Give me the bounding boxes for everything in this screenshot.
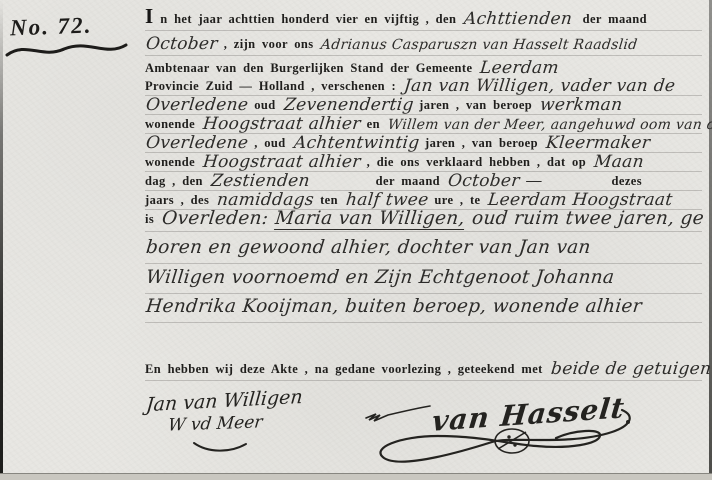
handwritten-age: Achtentwintig xyxy=(293,133,421,153)
akte-line: wonende Hoogstraat alhier , die ons verk… xyxy=(145,151,702,172)
handwritten-occupation: Kleermaker xyxy=(545,133,651,153)
akte-line: wonende Hoogstraat alhier en Willem van … xyxy=(145,113,702,134)
printed-text: Provincie Zuid — Holland , verschenen : xyxy=(145,79,396,94)
scanned-death-certificate: No. 72. I n het jaar achttien honderd vi… xyxy=(0,0,712,480)
akte-line: Provincie Zuid — Holland , verschenen : … xyxy=(145,75,702,96)
printed-text: der maand xyxy=(376,174,440,189)
printed-text: , oud xyxy=(254,136,285,151)
printed-text: , zijn voor ons xyxy=(224,37,314,52)
printed-text: n het jaar achttien honderd vier en vijf… xyxy=(160,12,456,27)
handwritten-entry: beide de getuigen. xyxy=(550,359,712,379)
akte-line: Hendrika Kooijman, buiten beroep, wonend… xyxy=(145,295,702,323)
handwritten-age: Zevenendertig xyxy=(283,95,415,115)
akte-line: boren en gewoond alhier, dochter van Jan… xyxy=(145,236,702,264)
akte-line: is Overleden: Maria van Willigen, oud ru… xyxy=(145,207,702,232)
printed-text: en xyxy=(367,117,380,132)
akte-line: I n het jaar achttien honderd vier en vi… xyxy=(145,8,702,31)
handwritten-declarant1: Jan van Willigen, vader van de xyxy=(403,76,676,96)
akte-line: dag , den Zestienden der maand October —… xyxy=(145,170,702,191)
closing-line: En hebben wij deze Akte , na gedane voor… xyxy=(145,358,702,381)
scan-edge-left xyxy=(0,0,3,480)
akte-line: Overledene oud Zevenendertig jaren , van… xyxy=(145,94,702,115)
handwritten-occupation: werkman xyxy=(539,95,623,115)
printed-text: der maand xyxy=(583,12,647,27)
printed-text: wonende xyxy=(145,155,195,170)
registrar-signature-flourish xyxy=(360,392,660,478)
handwritten-month: October — xyxy=(447,171,544,191)
printed-text: jaren , van beroep xyxy=(425,136,538,151)
printed-text: Ambtenaar van den Burgerlijken Stand der… xyxy=(145,61,472,76)
handwritten-entry: boren en gewoond alhier, dochter van Jan… xyxy=(145,237,592,258)
akte-line: Overledene , oud Achtentwintig jaren , v… xyxy=(145,132,702,153)
signature-declarant-1: Jan van Willigen xyxy=(145,386,303,416)
printed-text: jaren , van beroep xyxy=(419,98,532,113)
printed-text: oud xyxy=(254,98,275,113)
scan-edge-bottom xyxy=(0,473,712,480)
handwritten-entry: Hendrika Kooijman, buiten beroep, wonend… xyxy=(145,296,643,317)
handwritten-entry: Overledene xyxy=(145,133,249,153)
printed-text: dezes xyxy=(612,174,642,189)
handwritten-entry: oud ruim twee jaren, ge xyxy=(471,208,705,229)
akte-line: Willigen voornoemd en Zijn Echtgenoot Jo… xyxy=(145,266,702,294)
printed-text: dag , den xyxy=(145,174,203,189)
printed-text: wonende xyxy=(145,117,195,132)
signature-declarant-2: W vd Meer xyxy=(167,412,263,435)
handwritten-day: Achttienden xyxy=(463,9,573,29)
handwritten-weekday: Maan xyxy=(593,152,645,172)
printed-text: ure , te xyxy=(434,193,480,208)
handwritten-deceased-name: Maria van Willigen, xyxy=(274,208,466,230)
handwritten-declarant2: Willem van der Meer, aangehuwd oom van d… xyxy=(387,117,712,133)
handwritten-address: Hoogstraat alhier xyxy=(202,114,362,134)
printed-text: is xyxy=(145,212,154,227)
handwritten-address: Hoogstraat alhier xyxy=(202,152,362,172)
handwritten-entry: Overledene xyxy=(145,95,249,115)
handwritten-month: October xyxy=(145,34,219,54)
akte-line: Ambtenaar van den Burgerlijken Stand der… xyxy=(145,57,702,76)
handwritten-registrar-name: Adrianus Casparuszn van Hasselt Raadslid xyxy=(320,37,638,53)
handwritten-entry: Willigen voornoemd en Zijn Echtgenoot Jo… xyxy=(145,267,615,288)
printed-text: En hebben wij deze Akte , na gedane voor… xyxy=(145,362,543,377)
akte-line: October , zijn voor ons Adrianus Casparu… xyxy=(145,33,702,56)
handwritten-entry: Overleden: xyxy=(161,208,269,229)
handwritten-day: Zestienden xyxy=(210,171,311,191)
printed-text: , die ons verklaard hebben , dat op xyxy=(367,155,586,170)
margin-flourish xyxy=(4,38,130,64)
printed-text: ten xyxy=(320,193,338,208)
witness-signature-flourish xyxy=(190,440,250,454)
printed-text: jaars , des xyxy=(145,193,209,208)
